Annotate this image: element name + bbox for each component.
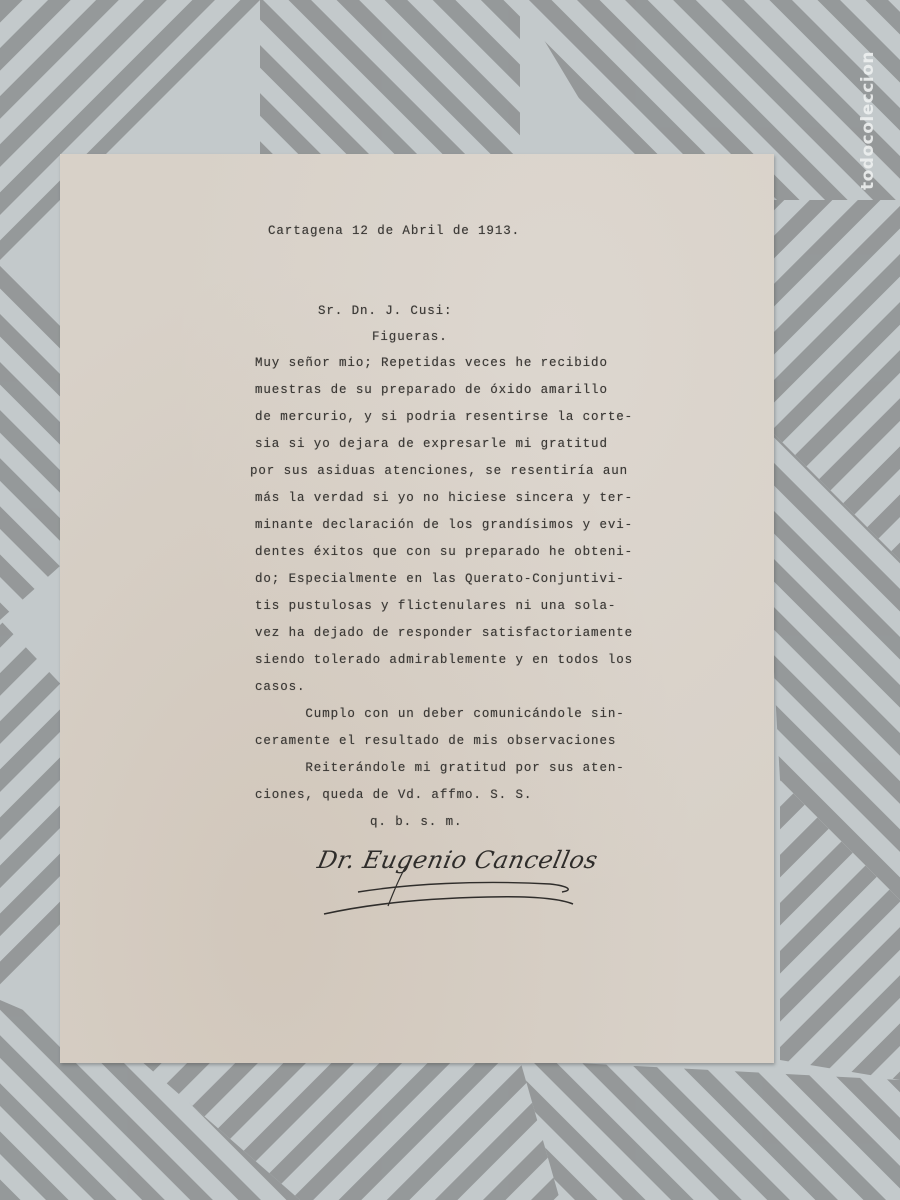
body-line: ceramente el resultado de mis observacio…	[255, 734, 616, 748]
body-line: más la verdad si yo no hiciese sincera y…	[255, 491, 633, 505]
signature-flourish-icon	[318, 840, 588, 920]
body-line: Cumplo con un deber comunicándole sin-	[255, 707, 625, 721]
handwritten-signature: Dr. Eugenio Cancellos	[318, 840, 588, 920]
letter-closing: q. b. s. m.	[370, 815, 462, 829]
body-line: siendo tolerado admirablemente y en todo…	[255, 653, 633, 667]
body-line: tis pustulosas y flictenulares ni una so…	[255, 599, 616, 613]
body-line: minante declaración de los grandísimos y…	[255, 518, 633, 532]
body-line: ciones, queda de Vd. affmo. S. S.	[255, 788, 532, 802]
body-line: casos.	[255, 680, 305, 694]
body-line: Reiterándole mi gratitud por sus aten-	[255, 761, 625, 775]
letter-recipient: Sr. Dn. J. Cusi:	[318, 304, 452, 318]
body-line: dentes éxitos que con su preparado he ob…	[255, 545, 633, 559]
body-line: Muy señor mio; Repetidas veces he recibi…	[255, 356, 608, 370]
letter-city: Figueras.	[372, 330, 448, 344]
body-line: sia si yo dejara de expresarle mi gratit…	[255, 437, 608, 451]
body-line: muestras de su preparado de óxido amaril…	[255, 383, 608, 397]
body-line: do; Especialmente en las Querato-Conjunt…	[255, 572, 625, 586]
letter-date: Cartagena 12 de Abril de 1913.	[268, 224, 520, 238]
body-line: vez ha dejado de responder satisfactoria…	[255, 626, 633, 640]
body-line: de mercurio, y si podria resentirse la c…	[255, 410, 633, 424]
body-line: por sus asiduas atenciones, se resentirí…	[250, 464, 628, 478]
watermark-todocoleccion: todocoleccion	[858, 10, 898, 190]
